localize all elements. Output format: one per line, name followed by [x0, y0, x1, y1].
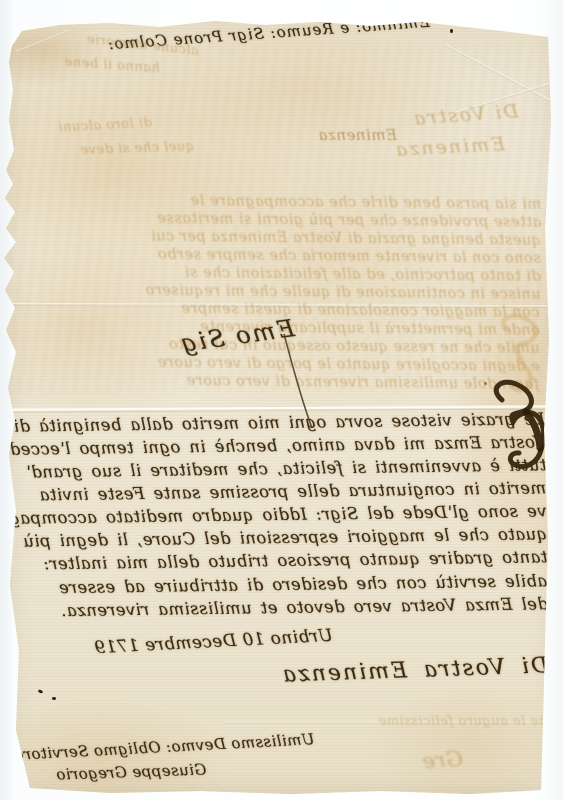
manuscript-line: merito in congiuntura delle prossime san… [39, 478, 546, 504]
manuscript-line: ve sono gl'Dede del Sigr: Iddio quadro m… [0, 501, 547, 528]
ink-speck [484, 382, 487, 385]
manuscript-line: quato che le maggiori espressioni del Cu… [23, 524, 547, 550]
manuscript-line: Vostra Emza mi dava animo, benchè in ogn… [0, 432, 546, 459]
manuscript-line: tanto gradire quanto prezioso tributo de… [43, 547, 547, 573]
manuscript-line: tutti è avvenimenti si felicita, che med… [25, 455, 546, 481]
paper-sheet: 5-43-3 Eminmo: e Reumo: Sigr Prone Colmo… [0, 0, 563, 800]
scanned-letter-page: 5-43-3 Eminmo: e Reumo: Sigr Prone Colmo… [0, 0, 563, 800]
ink-speck [52, 697, 56, 700]
manuscript-line: del Emza Vostra vero devoto et umilissim… [61, 594, 548, 620]
bleedthrough-line: che le auguro felicissime [378, 714, 555, 729]
manuscript-line: abile servitù con che desidero di attrib… [59, 571, 548, 597]
manuscript-line: Le grazie vistose sovra ogni mio merito … [14, 409, 546, 435]
ink-speck [450, 29, 453, 33]
bleedthrough-line: Gre [421, 747, 463, 774]
ink-speck [6, 775, 10, 779]
